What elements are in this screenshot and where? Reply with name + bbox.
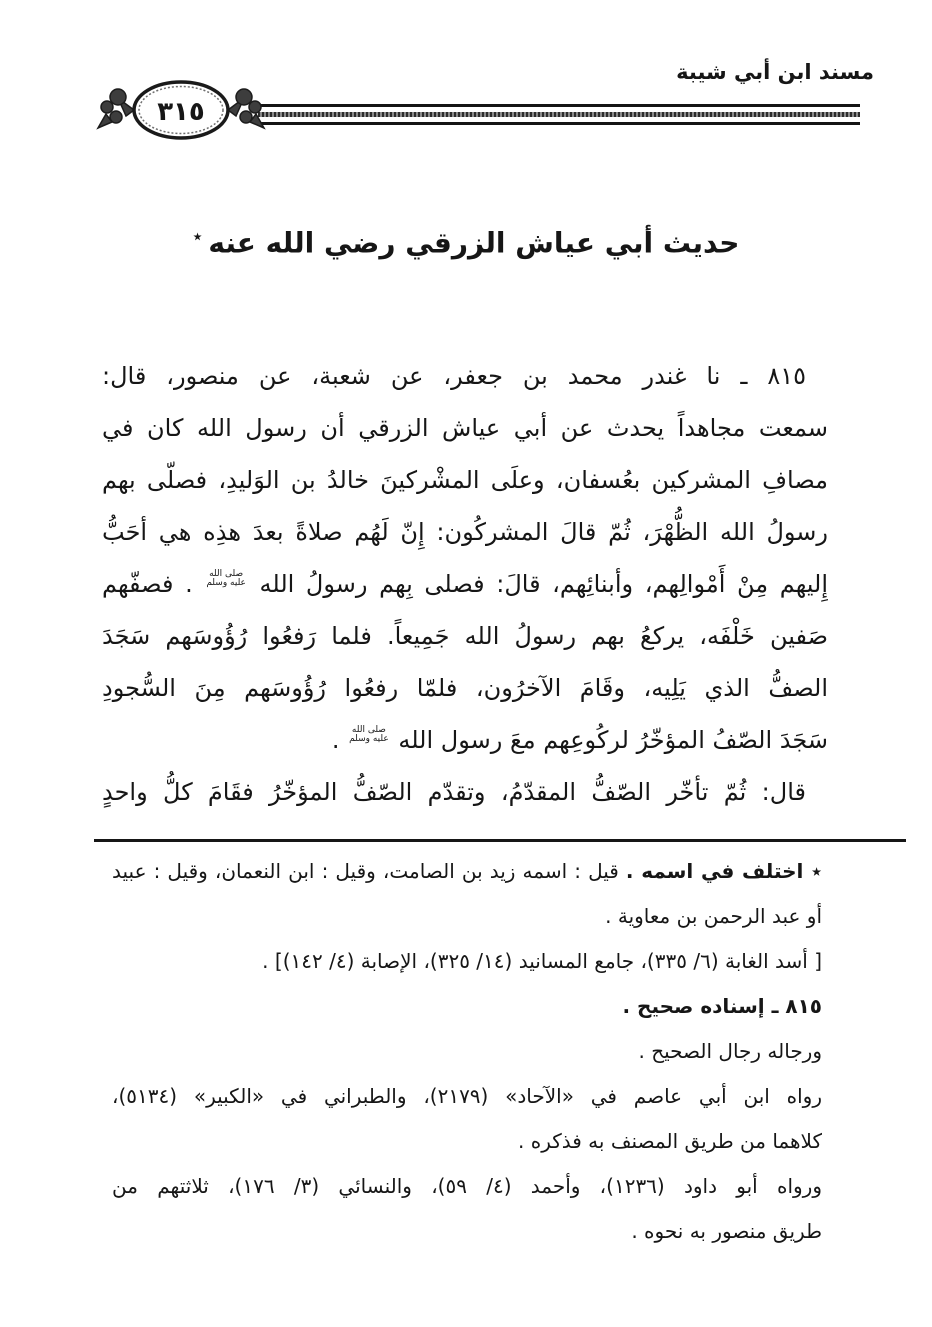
- header-rules: [258, 104, 860, 125]
- footnote-line: ٭ اختلف في اسمه . قيل : اسمه زيد بن الصا…: [112, 849, 822, 894]
- footnote-sources-line: [ أسد الغابة (٦/ ٣٣٥)، جامع المسانيد (١٤…: [112, 939, 822, 984]
- hadith-line: سَجَدَ الصّفُ المؤخّرُ لركُوعِهم معَ رسو…: [102, 714, 828, 766]
- hadith-line-part: سَجَدَ الصّفُ المؤخّرُ لركُوعِهم معَ رسو…: [398, 726, 828, 754]
- hadith-line-part: .: [332, 726, 340, 754]
- hadith-line: سمعت مجاهداً يحدث عن أبي عياش الزرقي أن …: [102, 402, 828, 454]
- footnote-line: رواه ابن أبي عاصم في «الآحاد» (٢١٧٩)، وا…: [112, 1074, 822, 1119]
- hadith-line-part: . فصفّهم: [102, 570, 193, 598]
- hadith-text: ٨١٥ ـ نا غندر محمد بن جعفر، عن شعبة، عن …: [102, 350, 828, 818]
- hadith-line: رسولُ الله الظُّهْرَ، ثُمّ قالَ المشركُو…: [102, 506, 828, 558]
- footnote-separator: [94, 839, 906, 842]
- book-page: مسند ابن أبي شيبة: [0, 0, 932, 1327]
- chapter-title: حديث أبي عياش الزرقي رضي الله عنه٭: [0, 226, 932, 259]
- footnote-asterisk-lead: ٭ اختلف في اسمه .: [626, 859, 822, 883]
- hadith-line: ٨١٥ ـ نا غندر محمد بن جعفر، عن شعبة، عن …: [102, 350, 828, 402]
- hadith-line-part: إِليهم مِنْ أَمْوالِهم، وأبنائِهم، قالَ:…: [260, 570, 828, 598]
- footnote-line: كلاهما من طريق المصنف به فذكره .: [112, 1119, 822, 1164]
- title-asterisk-icon: ٭: [193, 226, 203, 247]
- ribbon-right-icon: [228, 89, 264, 128]
- hadith-line: مصافِ المشركين بعُسفان، وعلَى المشْركينَ…: [102, 454, 828, 506]
- salla-llahu-alayhi-wasallam-icon: صلى اللهعليه وسلم: [206, 570, 246, 588]
- footnote-line: ورجاله رجال الصحيح .: [112, 1029, 822, 1074]
- ribbon-left-icon: [98, 89, 134, 128]
- ribbon-ornament-icon: ٣١٥: [96, 76, 266, 148]
- hadith-line: قال: ثُمّ تأخّر الصّفُّ المقدّمُ، وتقدّم…: [102, 766, 828, 818]
- footnote-line-part: قيل : اسمه زيد بن الصامت، وقيل : ابن الن…: [112, 859, 619, 883]
- footnotes: ٭ اختلف في اسمه . قيل : اسمه زيد بن الصا…: [112, 849, 822, 1254]
- saw-bottom-text: عليه وسلم: [349, 735, 389, 744]
- hadith-line: صَفين خَلْفَه، يركعُ بهم رسولُ الله جَمِ…: [102, 610, 828, 662]
- hadith-line: إِليهم مِنْ أَمْوالِهم، وأبنائِهم، قالَ:…: [102, 558, 828, 610]
- book-title: مسند ابن أبي شيبة: [676, 60, 874, 84]
- hadith-line: الصفُّ الذي يَلِيه، وقَامَ الآخرُون، فلم…: [102, 662, 828, 714]
- footnote-line: ورواه أبو داود (١٢٣٦)، وأحمد (٤/ ٥٩)، وا…: [112, 1164, 822, 1209]
- footnote-grading-line: ٨١٥ ـ إسناده صحيح .: [112, 984, 822, 1029]
- header-rule-bottom: [258, 122, 860, 125]
- footnote-line: طريق منصور به نحوه .: [112, 1209, 822, 1254]
- header-rule-middle: [258, 112, 860, 117]
- chapter-title-text: حديث أبي عياش الزرقي رضي الله عنه: [208, 226, 739, 259]
- header-rule-top: [258, 104, 860, 107]
- salla-llahu-alayhi-wasallam-icon: صلى اللهعليه وسلم: [349, 726, 389, 744]
- saw-bottom-text: عليه وسلم: [206, 579, 246, 588]
- page-number: ٣١٥: [157, 97, 205, 127]
- footnote-line: أو عبد الرحمن بن معاوية .: [112, 894, 822, 939]
- page-number-ornament: ٣١٥: [96, 76, 266, 148]
